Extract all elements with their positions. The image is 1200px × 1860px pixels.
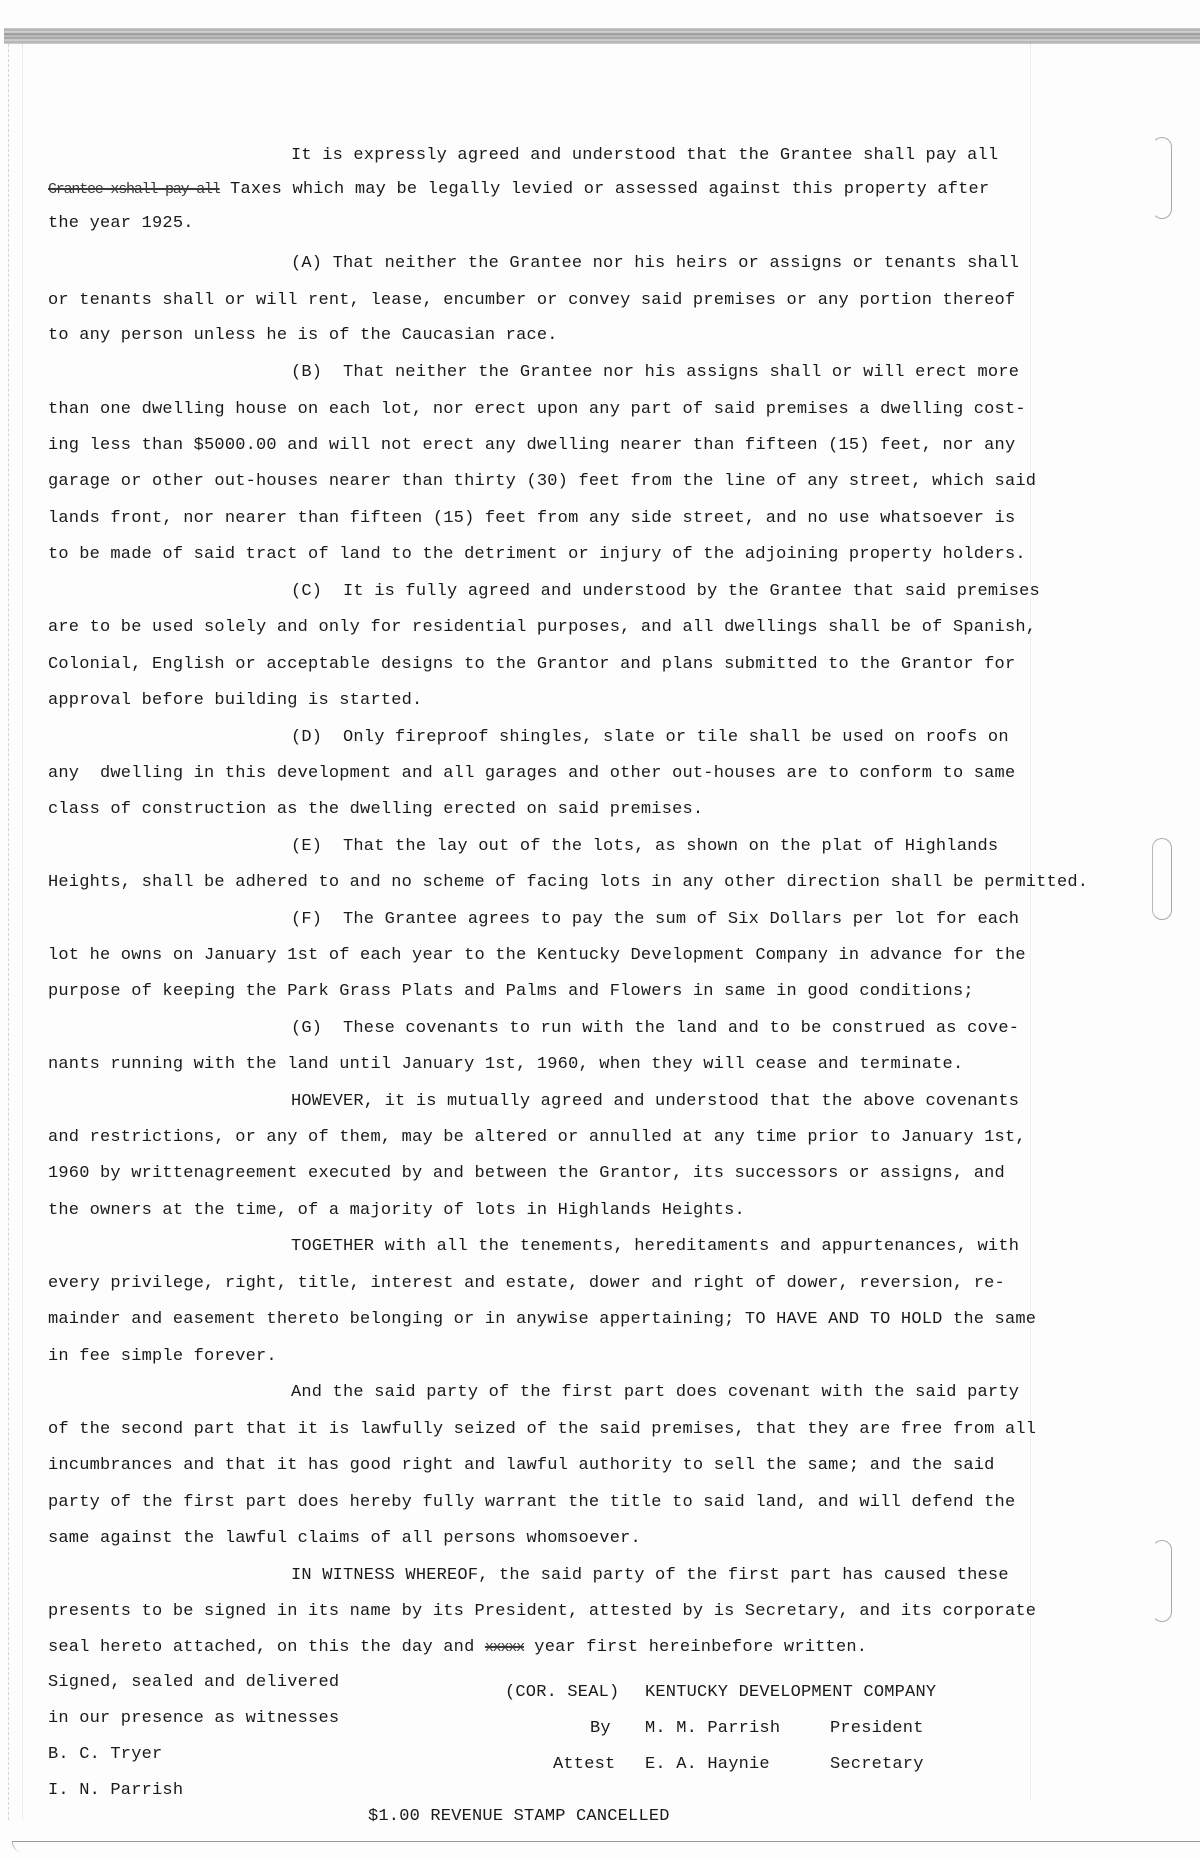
together-line-2: every privilege, right, title, interest … [48,1274,1005,1294]
president-title: President [830,1719,924,1739]
binder-hole-icon [1152,137,1172,219]
however-line-3: 1960 by writtenagreement executed by and… [48,1164,1005,1184]
covenant-g-line-2: nants running with the land until Januar… [48,1055,963,1075]
scan-bottom-edge [12,1841,1200,1852]
witness-name-1: B. C. Tryer [48,1745,162,1765]
binder-hole-icon [1152,838,1172,920]
covenant-a-line-3: to any person unless he is of the Caucas… [48,326,558,346]
attest-label: Attest [553,1755,615,1775]
witness-label-2: in our presence as witnesses [48,1709,339,1729]
secretary-name: E. A. Haynie [645,1755,770,1775]
together-line-1: TOGETHER with all the tenements, heredit… [291,1237,1019,1257]
president-name: M. M. Parrish [645,1719,780,1739]
document-page: It is expressly agreed and understood th… [0,0,1200,1860]
warranty-line-5: same against the lawful claims of all pe… [48,1529,641,1549]
scan-right-margin-line [1030,44,1032,1800]
witness-line-3: seal hereto attached, on this the day an… [48,1638,867,1658]
covenant-c-line-3: Colonial, English or acceptable designs … [48,655,1015,675]
however-line-4: the owners at the time, of a majority of… [48,1201,745,1221]
taxes-line-3: the year 1925. [48,214,194,234]
covenant-f-line-2: lot he owns on January 1st of each year … [48,946,1026,966]
covenant-a-line-1: (A) That neither the Grantee nor his hei… [291,254,1019,274]
covenant-b-line-1: (B) That neither the Grantee nor his ass… [291,363,1019,383]
together-line-3: mainder and easement thereto belonging o… [48,1310,1036,1330]
witness-label-1: Signed, sealed and delivered [48,1673,339,1693]
struck-text: Grantee xshall pay all [48,181,220,198]
covenant-b-line-4: garage or other out-houses nearer than t… [48,472,1036,492]
covenant-d-line-2: any dwelling in this development and all… [48,764,1015,784]
warranty-line-3: incumbrances and that it has good right … [48,1456,995,1476]
warranty-line-2: of the second part that it is lawfully s… [48,1420,1036,1440]
revenue-stamp-note: $1.00 REVENUE STAMP CANCELLED [368,1807,670,1827]
scan-left-edge [8,44,10,1820]
warranty-line-1: And the said party of the first part doe… [291,1383,1019,1403]
secretary-title: Secretary [830,1755,924,1775]
however-line-1: HOWEVER, it is mutually agreed and under… [291,1092,1019,1112]
covenant-d-line-3: class of construction as the dwelling er… [48,800,703,820]
covenant-a-line-2: or tenants shall or will rent, lease, en… [48,291,1015,311]
covenant-b-line-3: ing less than $5000.00 and will not erec… [48,436,1015,456]
covenant-b-line-2: than one dwelling house on each lot, nor… [48,400,1026,420]
taxes-line-2: Grantee xshall pay all Taxes which may b… [48,180,989,200]
by-label: By [590,1719,611,1739]
however-line-2: and restrictions, or any of them, may be… [48,1128,1026,1148]
taxes-line-1: It is expressly agreed and understood th… [291,146,998,166]
warranty-line-4: party of the first part does hereby full… [48,1493,1015,1513]
binder-hole-icon [1152,1540,1172,1622]
scan-left-margin-line [22,44,24,1820]
covenant-c-line-4: approval before building is started. [48,691,422,711]
covenant-b-line-6: to be made of said tract of land to the … [48,545,1026,565]
corporate-seal: (COR. SEAL) [505,1683,619,1703]
witness-line-2: presents to be signed in its name by its… [48,1602,1036,1622]
taxes-line-2-rest: Taxes which may be legally levied or ass… [220,180,990,199]
scan-top-border [4,28,1200,44]
covenant-c-line-1: (C) It is fully agreed and understood by… [291,582,1040,602]
covenant-f-line-3: purpose of keeping the Park Grass Plats … [48,982,974,1002]
covenant-f-line-1: (F) The Grantee agrees to pay the sum of… [291,910,1019,930]
covenant-g-line-1: (G) These covenants to run with the land… [291,1019,1019,1039]
covenant-b-line-5: lands front, nor nearer than fifteen (15… [48,509,1015,529]
together-line-4: in fee simple forever. [48,1347,277,1367]
witness-name-2: I. N. Parrish [48,1781,183,1801]
witness-line-3-end: year first hereinbefore written. [524,1638,867,1657]
covenant-c-line-2: are to be used solely and only for resid… [48,618,1036,638]
covenant-e-line-2: Heights, shall be adhered to and no sche… [48,873,1088,893]
covenant-e-line-1: (E) That the lay out of the lots, as sho… [291,837,998,857]
struck-text: xxxxx [485,1639,524,1656]
covenant-d-line-1: (D) Only fireproof shingles, slate or ti… [291,728,1009,748]
company-name: KENTUCKY DEVELOPMENT COMPANY [645,1683,936,1703]
witness-line-3-start: seal hereto attached, on this the day an… [48,1638,485,1657]
witness-line-1: IN WITNESS WHEREOF, the said party of th… [291,1566,1009,1586]
